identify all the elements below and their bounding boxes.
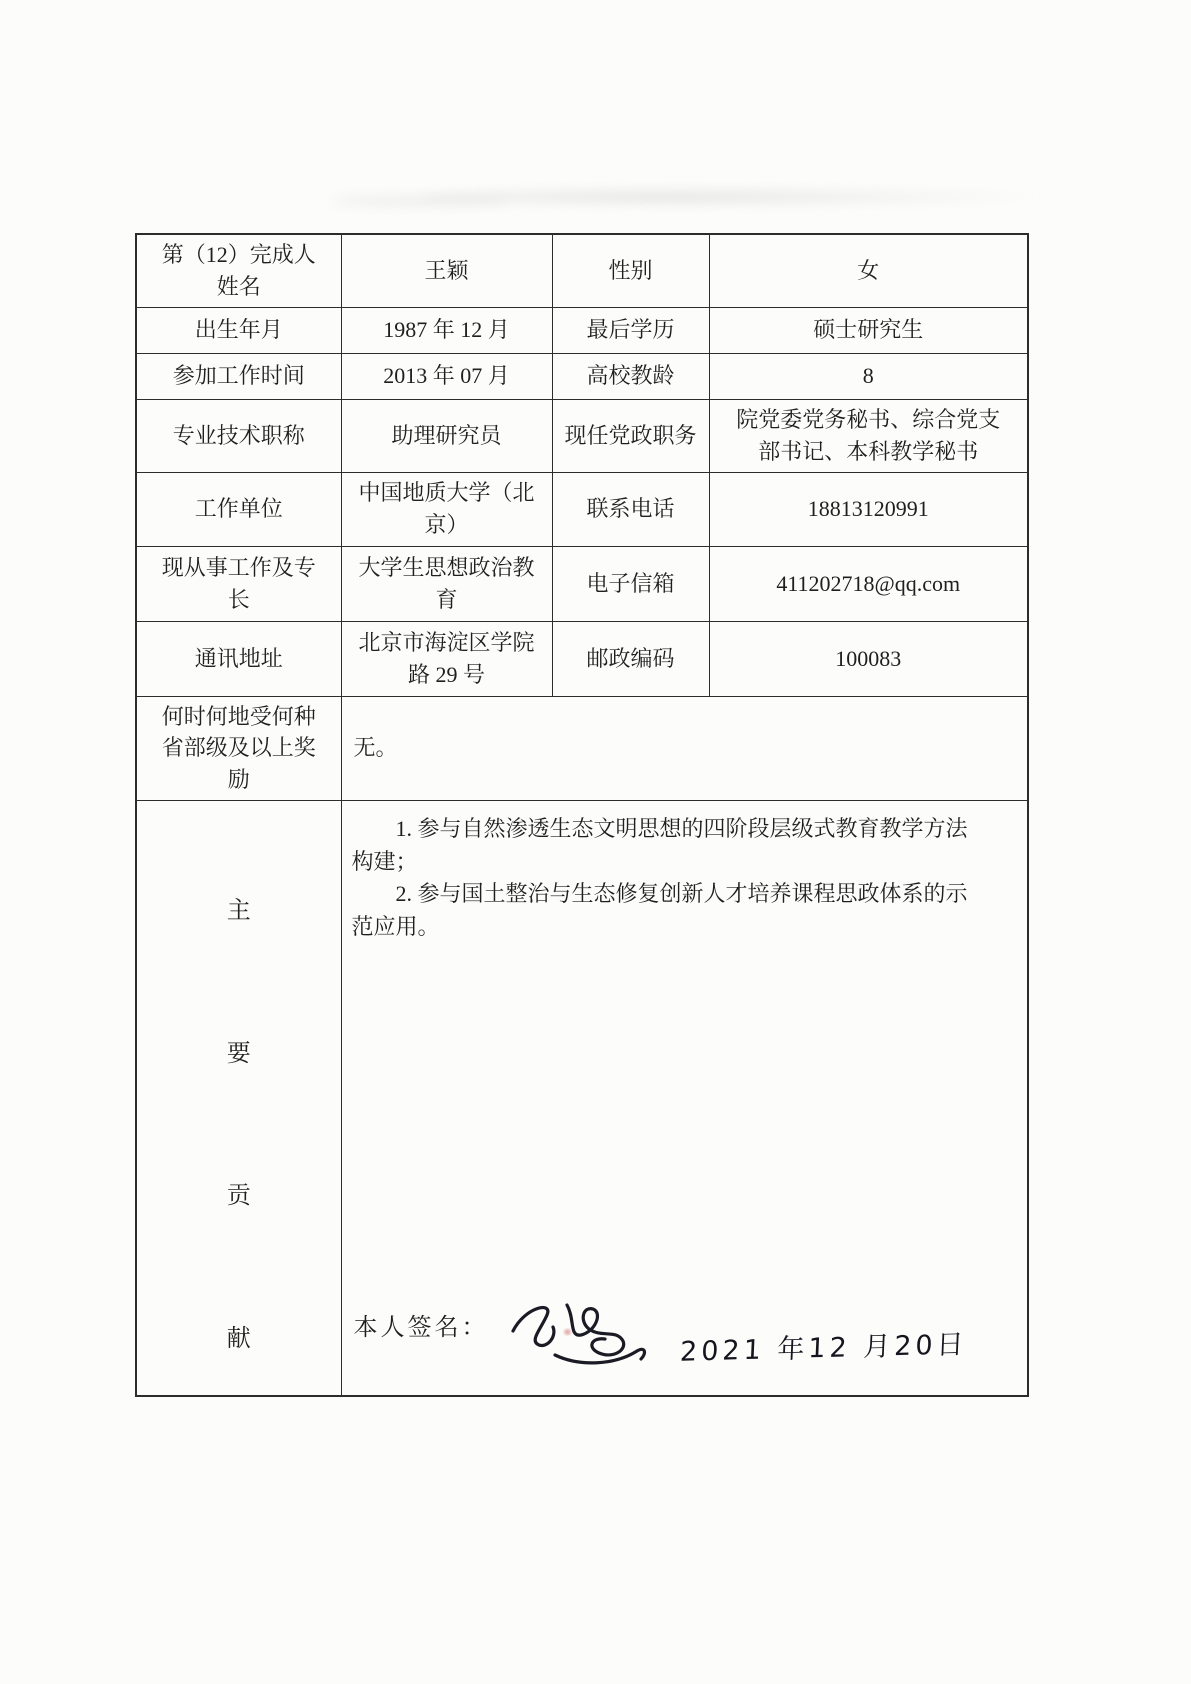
field-label-main-contribution: 主 要 贡 献 xyxy=(136,801,341,1396)
field-value-professional-title: 助理研究员 xyxy=(341,399,552,472)
field-label-email: 电子信箱 xyxy=(552,546,709,621)
field-value-completer-name: 王颖 xyxy=(341,234,552,307)
field-value-party-position: 院党委党务秘书、综合党支部书记、本科教学秘书 xyxy=(709,399,1028,472)
field-value-awards: 无。 xyxy=(341,696,1028,801)
vertical-label-char: 要 xyxy=(227,1037,251,1072)
table-row-employer: 工作单位 中国地质大学（北京） 联系电话 18813120991 xyxy=(136,472,1028,546)
field-value-gender: 女 xyxy=(709,234,1028,307)
table-row-work-start: 参加工作时间 2013 年 07 月 高校教龄 8 xyxy=(136,353,1028,399)
field-value-email: 411202718@qq.com xyxy=(709,546,1028,621)
field-label-employer: 工作单位 xyxy=(136,472,341,546)
field-label-party-position: 现任党政职务 xyxy=(552,399,709,472)
handwritten-date: 2021 年12 月20日 xyxy=(679,1325,968,1372)
handwritten-signature xyxy=(495,1293,695,1383)
vertical-label-char: 主 xyxy=(227,894,251,929)
scanned-form-page: 第（12）完成人姓名 王颖 性别 女 出生年月 1987 年 12 月 最后学历… xyxy=(0,0,1191,1684)
field-label-teaching-years: 高校教龄 xyxy=(552,353,709,399)
contribution-item-1: 1. 参与自然渗透生态文明思想的四阶段层级式教育教学方法构建； xyxy=(352,813,983,878)
scan-smudge-artifact xyxy=(420,186,1040,208)
table-row-address: 通讯地址 北京市海淀区学院路 29 号 邮政编码 100083 xyxy=(136,621,1028,696)
field-label-final-education: 最后学历 xyxy=(552,307,709,353)
table-row-specialty: 现从事工作及专长 大学生思想政治教育 电子信箱 411202718@qq.com xyxy=(136,546,1028,621)
signature-label: 本人签名： xyxy=(354,1293,489,1346)
scan-smudge-artifact-2 xyxy=(330,196,510,206)
field-label-completer-name: 第（12）完成人姓名 xyxy=(136,234,341,307)
field-value-final-education: 硕士研究生 xyxy=(709,307,1028,353)
vertical-label-char: 献 xyxy=(227,1322,251,1357)
field-value-teaching-years: 8 xyxy=(709,353,1028,399)
field-label-gender: 性别 xyxy=(552,234,709,307)
contribution-item-2: 2. 参与国土整治与生态修复创新人才培养课程思政体系的示范应用。 xyxy=(352,878,983,943)
field-value-work-start: 2013 年 07 月 xyxy=(341,353,552,399)
field-label-postal-code: 邮政编码 xyxy=(552,621,709,696)
field-label-phone: 联系电话 xyxy=(552,472,709,546)
table-row-birth: 出生年月 1987 年 12 月 最后学历 硕士研究生 xyxy=(136,307,1028,353)
table-row-name: 第（12）完成人姓名 王颖 性别 女 xyxy=(136,234,1028,307)
field-label-current-work: 现从事工作及专长 xyxy=(136,546,341,621)
field-value-employer: 中国地质大学（北京） xyxy=(341,472,552,546)
vertical-label-chars: 主 要 贡 献 xyxy=(137,839,341,1357)
field-value-phone: 18813120991 xyxy=(709,472,1028,546)
field-value-current-work: 大学生思想政治教育 xyxy=(341,546,552,621)
field-value-mailing-address: 北京市海淀区学院路 29 号 xyxy=(341,621,552,696)
completer-info-table: 第（12）完成人姓名 王颖 性别 女 出生年月 1987 年 12 月 最后学历… xyxy=(135,233,1029,1397)
vertical-label-char: 贡 xyxy=(227,1179,251,1214)
field-label-birth-date: 出生年月 xyxy=(136,307,341,353)
table-row-title: 专业技术职称 助理研究员 现任党政职务 院党委党务秘书、综合党支部书记、本科教学… xyxy=(136,399,1028,472)
table-row-awards: 何时何地受何种省部级及以上奖励 无。 xyxy=(136,696,1028,801)
contribution-text: 1. 参与自然渗透生态文明思想的四阶段层级式教育教学方法构建； 2. 参与国土整… xyxy=(342,801,1028,943)
table-row-main-contribution: 主 要 贡 献 1. 参与自然渗透生态文明思想的四阶段层级式教育教学方法构建； … xyxy=(136,801,1028,1396)
signature-block: 本人签名： xyxy=(354,1293,695,1383)
date-text: 2021 年12 月20日 xyxy=(679,1329,968,1368)
field-label-professional-title: 专业技术职称 xyxy=(136,399,341,472)
field-value-main-contribution: 1. 参与自然渗透生态文明思想的四阶段层级式教育教学方法构建； 2. 参与国土整… xyxy=(341,801,1028,1396)
field-value-postal-code: 100083 xyxy=(709,621,1028,696)
field-label-awards: 何时何地受何种省部级及以上奖励 xyxy=(136,696,341,801)
field-label-mailing-address: 通讯地址 xyxy=(136,621,341,696)
field-value-birth-date: 1987 年 12 月 xyxy=(341,307,552,353)
field-label-work-start: 参加工作时间 xyxy=(136,353,341,399)
